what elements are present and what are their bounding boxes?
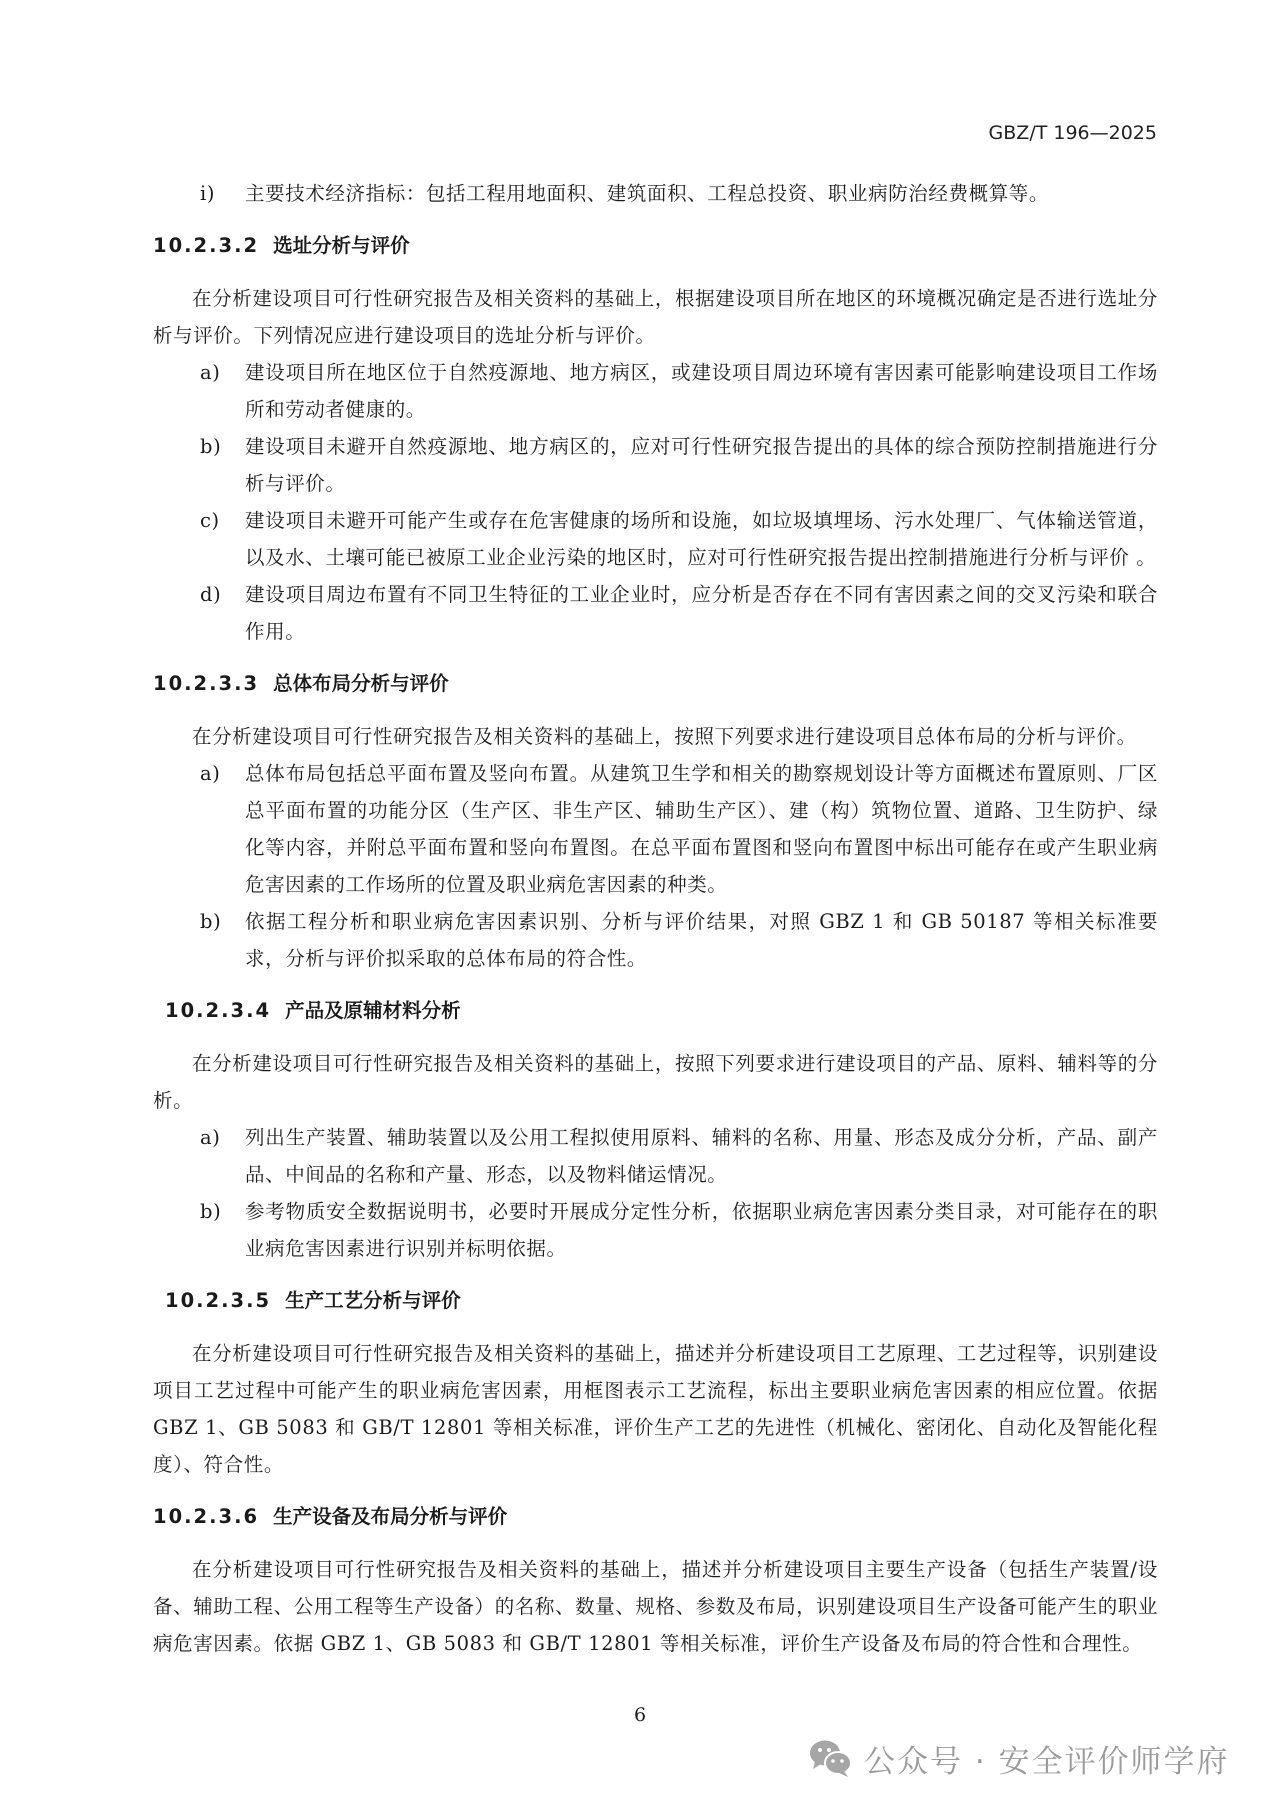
section-paragraph: 在分析建设项目可行性研究报告及相关资料的基础上，描述并分析建设项目工艺原理、工艺… [153, 1335, 1158, 1483]
section-heading-site-selection: 10.2.3.2选址分析与评价 [153, 228, 1158, 264]
list-marker: a) [200, 755, 220, 792]
section-title: 生产工艺分析与评价 [285, 1289, 461, 1312]
list-item-intro: i) 主要技术经济指标：包括工程用地面积、建筑面积、工程总投资、职业病防治经费概… [153, 175, 1158, 212]
list-item-text: 依据工程分析和职业病危害因素识别、分析与评价结果，对照 GBZ 1 和 GB 5… [245, 910, 1158, 970]
list-marker: b) [200, 903, 221, 940]
page-number: 6 [0, 1704, 1280, 1726]
list-item: a) 列出生产装置、辅助装置以及公用工程拟使用原料、辅料的名称、用量、形态及成分… [153, 1119, 1158, 1193]
list-item: b) 依据工程分析和职业病危害因素识别、分析与评价结果，对照 GBZ 1 和 G… [153, 903, 1158, 977]
standard-code-header: GBZ/T 196—2025 [989, 122, 1157, 144]
section-paragraph: 在分析建设项目可行性研究报告及相关资料的基础上，根据建设项目所在地区的环境概况确… [153, 280, 1158, 354]
list-marker: c) [200, 502, 220, 539]
list-marker: a) [200, 354, 220, 391]
section-number: 10.2.3.3 [153, 666, 259, 702]
section-title: 生产设备及布局分析与评价 [273, 1505, 507, 1528]
section-number: 10.2.3.4 [165, 993, 271, 1029]
list-marker: i) [200, 175, 215, 212]
section-title: 选址分析与评价 [273, 234, 410, 257]
section-heading-production-process: 10.2.3.5生产工艺分析与评价 [153, 1283, 1158, 1319]
list-item-text: 参考物质安全数据说明书，必要时开展成分定性分析，依据职业病危害因素分类目录，对可… [245, 1200, 1158, 1260]
list-item-text: 主要技术经济指标：包括工程用地面积、建筑面积、工程总投资、职业病防治经费概算等。 [245, 182, 1049, 205]
list-item-text: 总体布局包括总平面布置及竖向布置。从建筑卫生学和相关的勘察规划设计等方面概述布置… [245, 762, 1158, 896]
list-item: d) 建设项目周边布置有不同卫生特征的工业企业时，应分析是否存在不同有害因素之间… [153, 576, 1158, 650]
list-item: c) 建设项目未避开可能产生或存在危害健康的场所和设施，如垃圾填埋场、污水处理厂… [153, 502, 1158, 576]
wechat-watermark: 公众号 · 安全评价师学府 [808, 1736, 1230, 1780]
section-heading-overall-layout: 10.2.3.3总体布局分析与评价 [153, 666, 1158, 702]
section-heading-products-materials: 10.2.3.4产品及原辅材料分析 [153, 993, 1158, 1029]
list-item: b) 参考物质安全数据说明书，必要时开展成分定性分析，依据职业病危害因素分类目录… [153, 1193, 1158, 1267]
list-marker: d) [200, 576, 221, 613]
list-item: a) 建设项目所在地区位于自然疫源地、地方病区，或建设项目周边环境有害因素可能影… [153, 354, 1158, 428]
list-item-text: 建设项目所在地区位于自然疫源地、地方病区，或建设项目周边环境有害因素可能影响建设… [245, 361, 1158, 421]
list-item: a) 总体布局包括总平面布置及竖向布置。从建筑卫生学和相关的勘察规划设计等方面概… [153, 755, 1158, 903]
section-paragraph: 在分析建设项目可行性研究报告及相关资料的基础上，按照下列要求进行建设项目总体布局… [153, 718, 1158, 755]
list-item-text: 建设项目未避开可能产生或存在危害健康的场所和设施，如垃圾填埋场、污水处理厂、气体… [245, 509, 1158, 569]
section-paragraph: 在分析建设项目可行性研究报告及相关资料的基础上，按照下列要求进行建设项目的产品、… [153, 1045, 1158, 1119]
list-marker: b) [200, 428, 221, 465]
section-number: 10.2.3.2 [153, 228, 259, 264]
watermark-text: 公众号 · 安全评价师学府 [864, 1736, 1230, 1781]
section-title: 总体布局分析与评价 [273, 672, 449, 695]
list-marker: b) [200, 1193, 221, 1230]
document-page: GBZ/T 196—2025 i) 主要技术经济指标：包括工程用地面积、建筑面积… [0, 0, 1280, 1810]
list-item-text: 建设项目周边布置有不同卫生特征的工业企业时，应分析是否存在不同有害因素之间的交叉… [245, 583, 1158, 643]
section-title: 产品及原辅材料分析 [285, 999, 461, 1022]
section-heading-production-equipment: 10.2.3.6生产设备及布局分析与评价 [153, 1499, 1158, 1535]
section-paragraph: 在分析建设项目可行性研究报告及相关资料的基础上，描述并分析建设项目主要生产设备（… [153, 1551, 1158, 1662]
document-body: i) 主要技术经济指标：包括工程用地面积、建筑面积、工程总投资、职业病防治经费概… [153, 175, 1158, 1662]
wechat-icon [808, 1738, 854, 1778]
list-item-text: 建设项目未避开自然疫源地、地方病区的，应对可行性研究报告提出的具体的综合预防控制… [245, 435, 1158, 495]
list-item: b) 建设项目未避开自然疫源地、地方病区的，应对可行性研究报告提出的具体的综合预… [153, 428, 1158, 502]
section-number: 10.2.3.6 [153, 1499, 259, 1535]
list-item-text: 列出生产装置、辅助装置以及公用工程拟使用原料、辅料的名称、用量、形态及成分分析，… [245, 1126, 1158, 1186]
list-marker: a) [200, 1119, 220, 1156]
section-number: 10.2.3.5 [165, 1283, 271, 1319]
